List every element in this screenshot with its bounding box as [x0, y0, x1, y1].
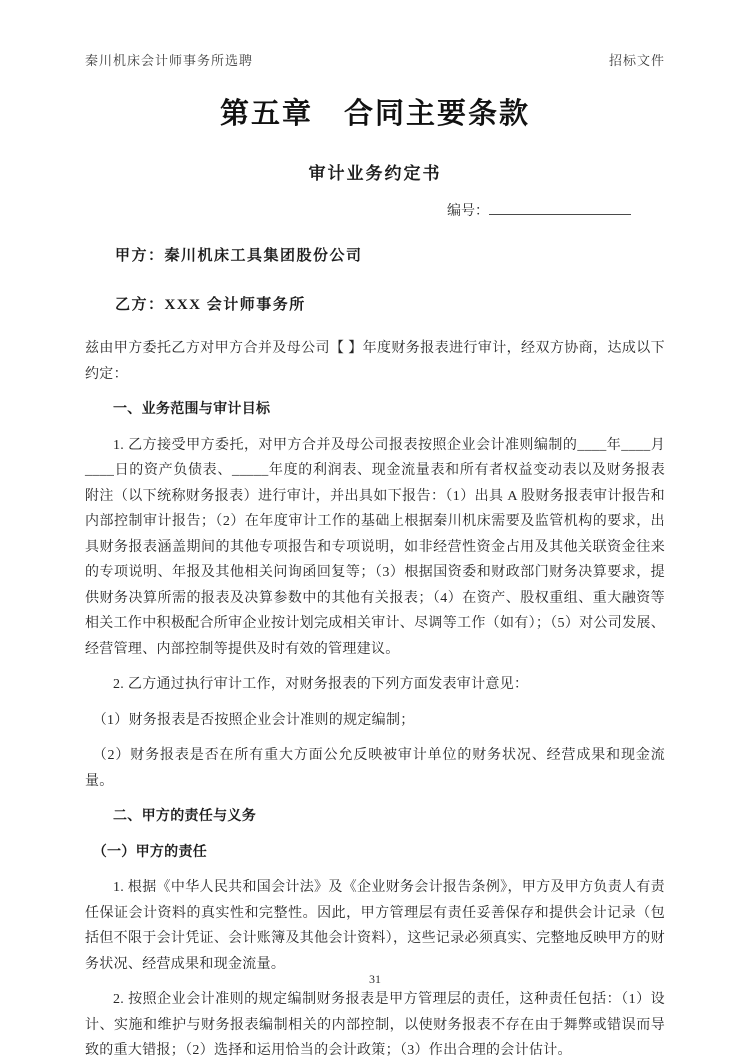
party-b-line: 乙方：XXX 会计师事务所: [85, 295, 665, 316]
section-1-subitem-2: （2）财务报表是否在所有重大方面公允反映被审计单位的财务状况、经营成果和现金流量…: [85, 743, 665, 794]
section-1-paragraph-1: 1. 乙方接受甲方委托，对甲方合并及母公司报表按照企业会计准则编制的____年_…: [85, 433, 665, 663]
page-number: 31: [0, 972, 750, 987]
section-2-paragraph-1: 1. 根据《中华人民共和国会计法》及《企业财务会计报告条例》，甲方及甲方负责人有…: [85, 875, 665, 977]
section-1-paragraph-2: 2. 乙方通过执行审计工作，对财务报表的下列方面发表审计意见：: [85, 672, 665, 698]
section-1-subitem-1: （1）财务报表是否按照企业会计准则的规定编制；: [85, 708, 665, 734]
section-2-heading: 二、甲方的责任与义务: [85, 804, 665, 830]
header-right-text: 招标文件: [609, 50, 665, 69]
section-2-subheading-1: （一）甲方的责任: [85, 840, 665, 866]
page-header: 秦川机床会计师事务所选聘 招标文件: [85, 50, 665, 69]
section-2-paragraph-2: 2. 按照企业会计准则的规定编制财务报表是甲方管理层的责任，这种责任包括：（1）…: [85, 987, 665, 1060]
header-left-text: 秦川机床会计师事务所选聘: [85, 50, 253, 69]
intro-paragraph: 兹由甲方委托乙方对甲方合并及母公司【 】年度财务报表进行审计，经双方协商，达成以…: [85, 336, 665, 387]
serial-number-row: 编号：: [85, 199, 631, 222]
document-page: 秦川机床会计师事务所选聘 招标文件 第五章 合同主要条款 审计业务约定书 编号：…: [0, 0, 750, 1060]
chapter-title: 第五章 合同主要条款: [85, 95, 665, 134]
document-title: 审计业务约定书: [85, 162, 665, 185]
serial-number-blank-line: [489, 199, 631, 215]
party-a-line: 甲方：秦川机床工具集团股份公司: [85, 246, 665, 267]
serial-number-label: 编号：: [447, 204, 489, 219]
section-1-heading: 一、业务范围与审计目标: [85, 397, 665, 423]
